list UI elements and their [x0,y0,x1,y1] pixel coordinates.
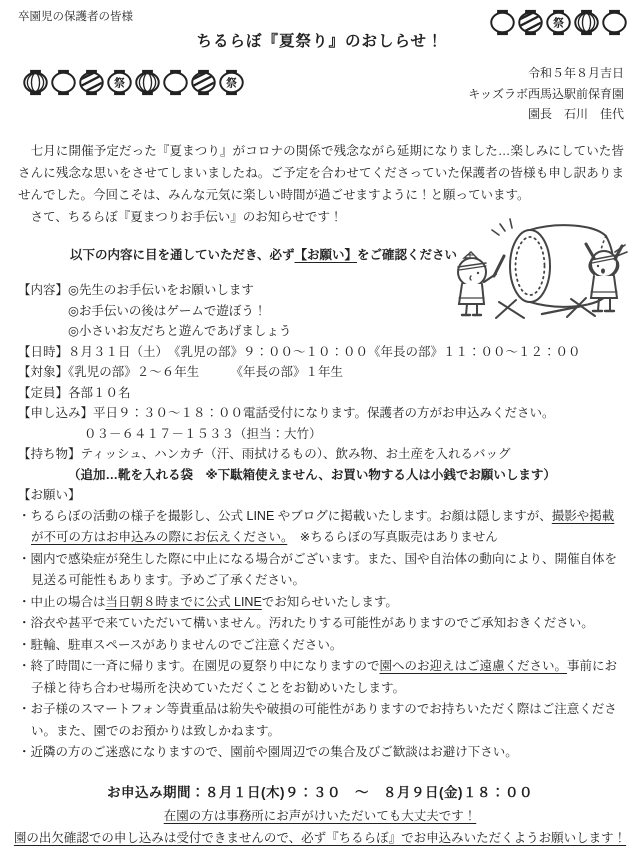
lantern-icon-diagonal [78,68,105,97]
bullet-text: ちるらぼの活動の様子を撮影し、公式 LINE やブログに掲載いたします。お顔は隠… [31,509,552,523]
bullet-underlined: 当日朝８時までに公式 LINE [106,595,262,609]
phone-number: ０３－６４１７－１５３３（担当：大竹） [84,427,322,441]
notice-pre: 以下の内容に目を通していただき、必ず [70,248,295,262]
application-period: お申込み期間：８月１日(木)９：３０ ～ ８月９日(金)１８：００ [0,782,640,804]
detail-label: 【内容】 [18,283,68,297]
lantern-icon-plain [162,68,189,97]
bullet-text: 近隣の方のご迷惑になりますので、園前や園周辺での集合及びご歓談はお避け下さい。 [31,745,518,759]
detail-row-application: 【申し込み】平日９：３０～１８：００電話受付になります。保護者の方がお申込みくだ… [18,403,624,424]
svg-text:祭: 祭 [114,77,125,90]
detail-row-datetime: 【日時】８月３１日（土） 《乳児の部》９：００～１０：００《年長の部》１１：００… [18,342,624,363]
bullet-text: 終了時間に一斉に帰ります。在園児の夏祭り中になりますので [31,659,380,673]
bullet-text: 浴衣や甚平で来ていただいて構いません。汚れたりする可能性がありますのでご承知おき… [31,616,594,630]
letterhead-block: 令和５年８月吉日 キッズラボ西馬込駅前保育園 園長 石川 佳代 [468,63,624,125]
svg-text:祭: 祭 [226,77,237,90]
detail-text: ◎小さいお友だちと遊んであげましょう [68,324,291,338]
detail-label: 【対象】 [18,365,68,379]
bullet-underlined: 園へのお迎えはご遠慮ください。 [380,659,568,673]
detail-row-phone: ０３－６４１７－１５３３（担当：大竹） [18,424,624,445]
bullet-neighborhood: 近隣の方のご迷惑になりますので、園前や園周辺での集合及びご歓談はお避け下さい。 [18,742,624,764]
lantern-icon-vertical [22,68,49,97]
detail-text: 平日９：３０～１８：００電話受付になります。保護者の方がお申込みください。 [93,406,555,420]
bullet-pickup: 終了時間に一斉に帰ります。在園児の夏祭り中になりますので園へのお迎えはご遠慮くだ… [18,656,624,699]
date-line: 令和５年８月吉日 [468,63,624,84]
detail-label: 【日時】 [18,345,68,359]
bullet-text: 中止の場合は [31,595,106,609]
school-name: キッズラボ西馬込駅前保育園 [468,84,624,105]
intro-paragraph-2: さて、ちるらぼ『夏まつりお手伝い』のお知らせです！ [18,206,624,228]
detail-row-content: 【内容】◎先生のお手伝いをお願いします [18,280,624,301]
bullet-text: でお知らせいたします。 [262,595,398,609]
bullet-text: お子様のスマートフォン等貴重品は紛失や破損の可能性がありますのでお持ちいただく際… [31,702,617,738]
detail-text: 各部１０名 [68,386,131,400]
detail-row-belongings-extra: （追加…靴を入れる袋 ※下駄箱使えません、お買い物する人は小銭でお願いします） [18,465,624,486]
intro-section: 七月に開催予定だった『夏まつり』がコロナの関係で残念ながら延期になりました…楽し… [18,140,624,228]
bullet-cancellation-notice: 中止の場合は当日朝８時までに公式 LINEでお知らせいたします。 [18,592,624,614]
detail-row-belongings: 【持ち物】ティッシュ、ハンカチ（汗、雨拭けるもの）、飲み物、お土産を入れるバッグ [18,444,624,465]
bullet-text: 駐輪、駐車スペースがありませんのでご注意ください。 [31,638,343,652]
detail-text: ８月３１日（土） 《乳児の部》９：００～１０：００《年長の部》１１：００～１２：… [68,345,581,359]
detail-label: 【申し込み】 [18,406,93,420]
detail-text: 《乳児の部》２～６年生 《年長の部》１年生 [68,365,343,379]
lantern-row-left: 祭祭 [22,68,245,97]
detail-row-request-heading: 【お願い】 [18,485,624,506]
detail-row-content-3: ◎小さいお友だちと遊んであげましょう [18,321,624,342]
intro-paragraph-1: 七月に開催予定だった『夏まつり』がコロナの関係で残念ながら延期になりました…楽し… [18,140,624,206]
detail-label: 【定員】 [18,386,68,400]
lantern-icon-diagonal [190,68,217,97]
notice-line: 以下の内容に目を通していただき、必ず【お願い】をご確認ください [70,244,624,266]
notice-post: をご確認ください [357,248,457,262]
footer-note-enrolled: 在園の方は事務所にお声がけいただいても大丈夫です！ [0,805,640,827]
detail-text: ◎お手伝いの後はゲームで遊ぼう！ [68,304,266,318]
request-bullets: ちるらぼの活動の様子を撮影し、公式 LINE やブログに掲載いたします。お顔は隠… [18,506,624,764]
footer-section: お申込み期間：８月１日(木)９：３０ ～ ８月９日(金)１８：００ 在園の方は事… [0,782,640,849]
notice-underlined: 【お願い】 [295,248,358,262]
svg-text:祭: 祭 [553,17,564,30]
lantern-icon-vertical [134,68,161,97]
page-title: ちるらぼ『夏祭り』のおしらせ！ [0,31,640,53]
lantern-icon-festival: 祭 [218,68,245,97]
details-section: 【内容】◎先生のお手伝いをお願いします ◎お手伝いの後はゲームで遊ぼう！ ◎小さ… [18,280,624,506]
lantern-icon-plain [50,68,77,97]
bullet-text: 園内で感染症が発生した際に中止になる場合がございます。また、国や自治体の動向によ… [31,552,618,588]
detail-row-capacity: 【定員】各部１０名 [18,383,624,404]
detail-row-content-2: ◎お手伝いの後はゲームで遊ぼう！ [18,301,624,322]
detail-label: 【持ち物】 [18,447,81,461]
principal-name: 園長 石川 佳代 [468,104,624,125]
recipient-line: 卒園児の保護者の皆様 [18,6,133,28]
bullet-infection-policy: 園内で感染症が発生した際に中止になる場合がございます。また、国や自治体の動向によ… [18,549,624,592]
bullet-clothing: 浴衣や甚平で来ていただいて構いません。汚れたりする可能性がありますのでご承知おき… [18,613,624,635]
bullet-parking: 駐輪、駐車スペースがありませんのでご注意ください。 [18,635,624,657]
bullet-valuables: お子様のスマートフォン等貴重品は紛失や破損の可能性がありますのでお持ちいただく際… [18,699,624,742]
detail-text: ティッシュ、ハンカチ（汗、雨拭けるもの）、飲み物、お土産を入れるバッグ [81,447,511,461]
detail-row-target: 【対象】《乳児の部》２～６年生 《年長の部》１年生 [18,362,624,383]
footer-note-application-method: 園の出欠確認での申し込みは受付できませんので、必ず『ちるらぼ』でお申込みいただく… [0,827,640,849]
bullet-photo-policy: ちるらぼの活動の様子を撮影し、公式 LINE やブログに掲載いたします。お顔は隠… [18,506,624,549]
detail-text: ◎先生のお手伝いをお願いします [68,283,254,297]
letter-body: 七月に開催予定だった『夏まつり』がコロナの関係で残念ながら延期になりました…楽し… [18,140,624,764]
festival-notice-document: 卒園児の保護者の皆様 祭 ちるらぼ『夏祭り』のおしらせ！ 祭祭 令和５年８月吉日… [0,0,640,858]
lantern-icon-festival: 祭 [106,68,133,97]
bullet-text: ※ちるらぼの写真販売はありません [287,530,497,544]
detail-label: 【お願い】 [18,488,81,502]
detail-text: （追加…靴を入れる袋 ※下駄箱使えません、お買い物する人は小銭でお願いします） [68,468,556,482]
